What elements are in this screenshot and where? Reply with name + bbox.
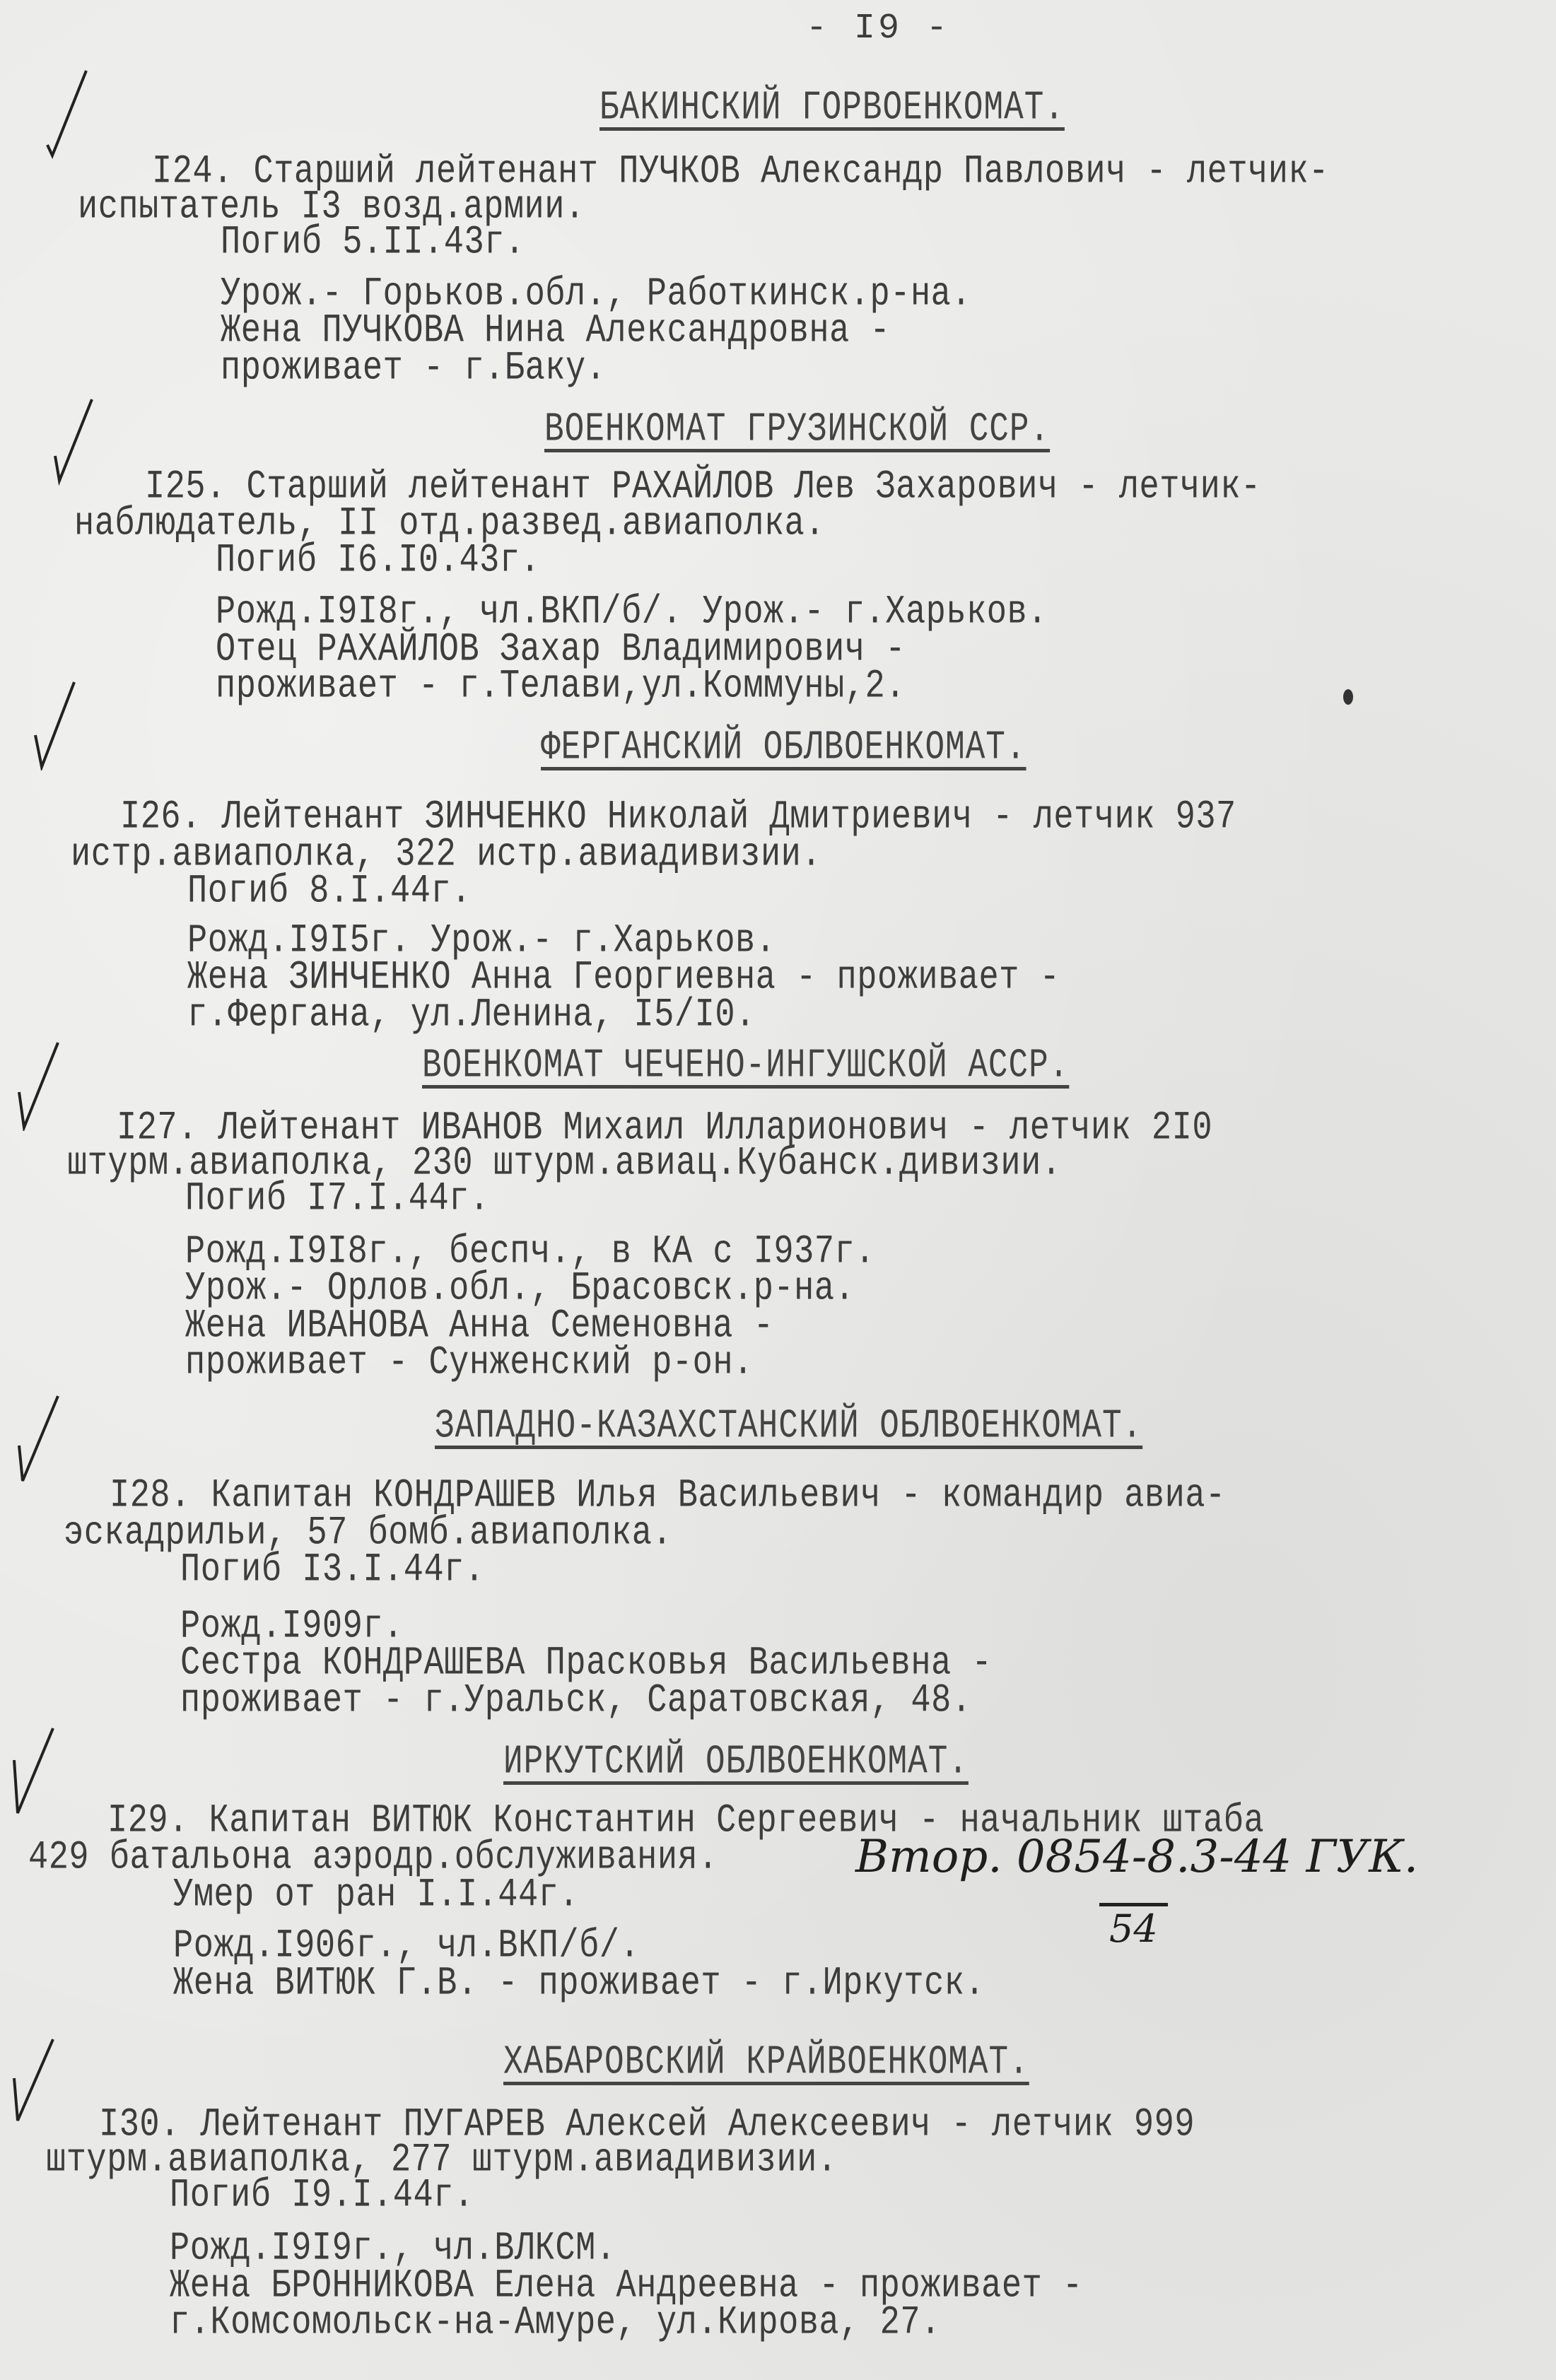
checkmark-icon — [11, 1725, 60, 1817]
section-header: ЗАПАДНО-КАЗАХСТАНСКИЙ ОБЛВОЕНКОМАТ. — [435, 1403, 1142, 1449]
section-header: ХАБАРОВСКИЙ КРАЙВОЕНКОМАТ. — [503, 2039, 1029, 2085]
section-header: ВОЕНКОМАТ ГРУЗИНСКОЙ ССР. — [544, 406, 1050, 452]
section-header: ИРКУТСКИЙ ОБЛВОЕНКОМАТ. — [503, 1739, 969, 1785]
handwritten-fraction: 54 — [1099, 1903, 1168, 1951]
entry-line: проживает - г.Телави,ул.Коммуны,2. — [216, 664, 906, 710]
entry-line: Погиб I9.I.44г. — [170, 2174, 474, 2219]
checkmark-icon — [49, 396, 99, 488]
checkmark-icon — [44, 67, 93, 159]
checkmark-icon — [16, 1039, 65, 1131]
handwritten-note: Втор. 0854-8.3-44 ГУК. — [855, 1831, 1418, 1883]
section-header: БАКИНСКИЙ ГОРВОЕНКОМАТ. — [599, 85, 1065, 131]
entry-line: проживает - г.Баку. — [221, 346, 606, 392]
entry-line: Погиб I3.I.44г. — [180, 1548, 485, 1593]
checkmark-icon — [11, 2036, 60, 2128]
entry-line: Погиб I7.I.44г. — [185, 1177, 490, 1222]
entry-line: Умер от ран I.I.44г. — [173, 1873, 579, 1918]
entry-line: Жена ВИТЮК Г.В. - проживает - г.Иркутск. — [173, 1962, 985, 2007]
section-header: ФЕРГАНСКИЙ ОБЛВОЕНКОМАТ. — [541, 725, 1026, 770]
page-number: - I9 - — [806, 8, 950, 49]
entry-line: г.Комсомольск-на-Амуре, ул.Кирова, 27. — [170, 2301, 941, 2346]
entry-line: Погиб 8.I.44г. — [187, 869, 472, 915]
entry-line: г.Фергана, ул.Ленина, I5/I0. — [187, 993, 756, 1038]
entry-line: проживает - г.Уральск, Саратовская, 48. — [180, 1679, 971, 1724]
entry-line: проживает - Сунженский р-он. — [185, 1341, 754, 1386]
section-header: ВОЕНКОМАТ ЧЕЧЕНО-ИНГУШСКОЙ АССР. — [422, 1043, 1069, 1089]
entry-line: Погиб 5.II.43г. — [221, 221, 525, 266]
checkmark-icon — [32, 679, 81, 770]
ink-blot — [1343, 689, 1353, 705]
entry-line: Погиб I6.I0.43г. — [216, 539, 540, 584]
checkmark-icon — [16, 1393, 65, 1484]
